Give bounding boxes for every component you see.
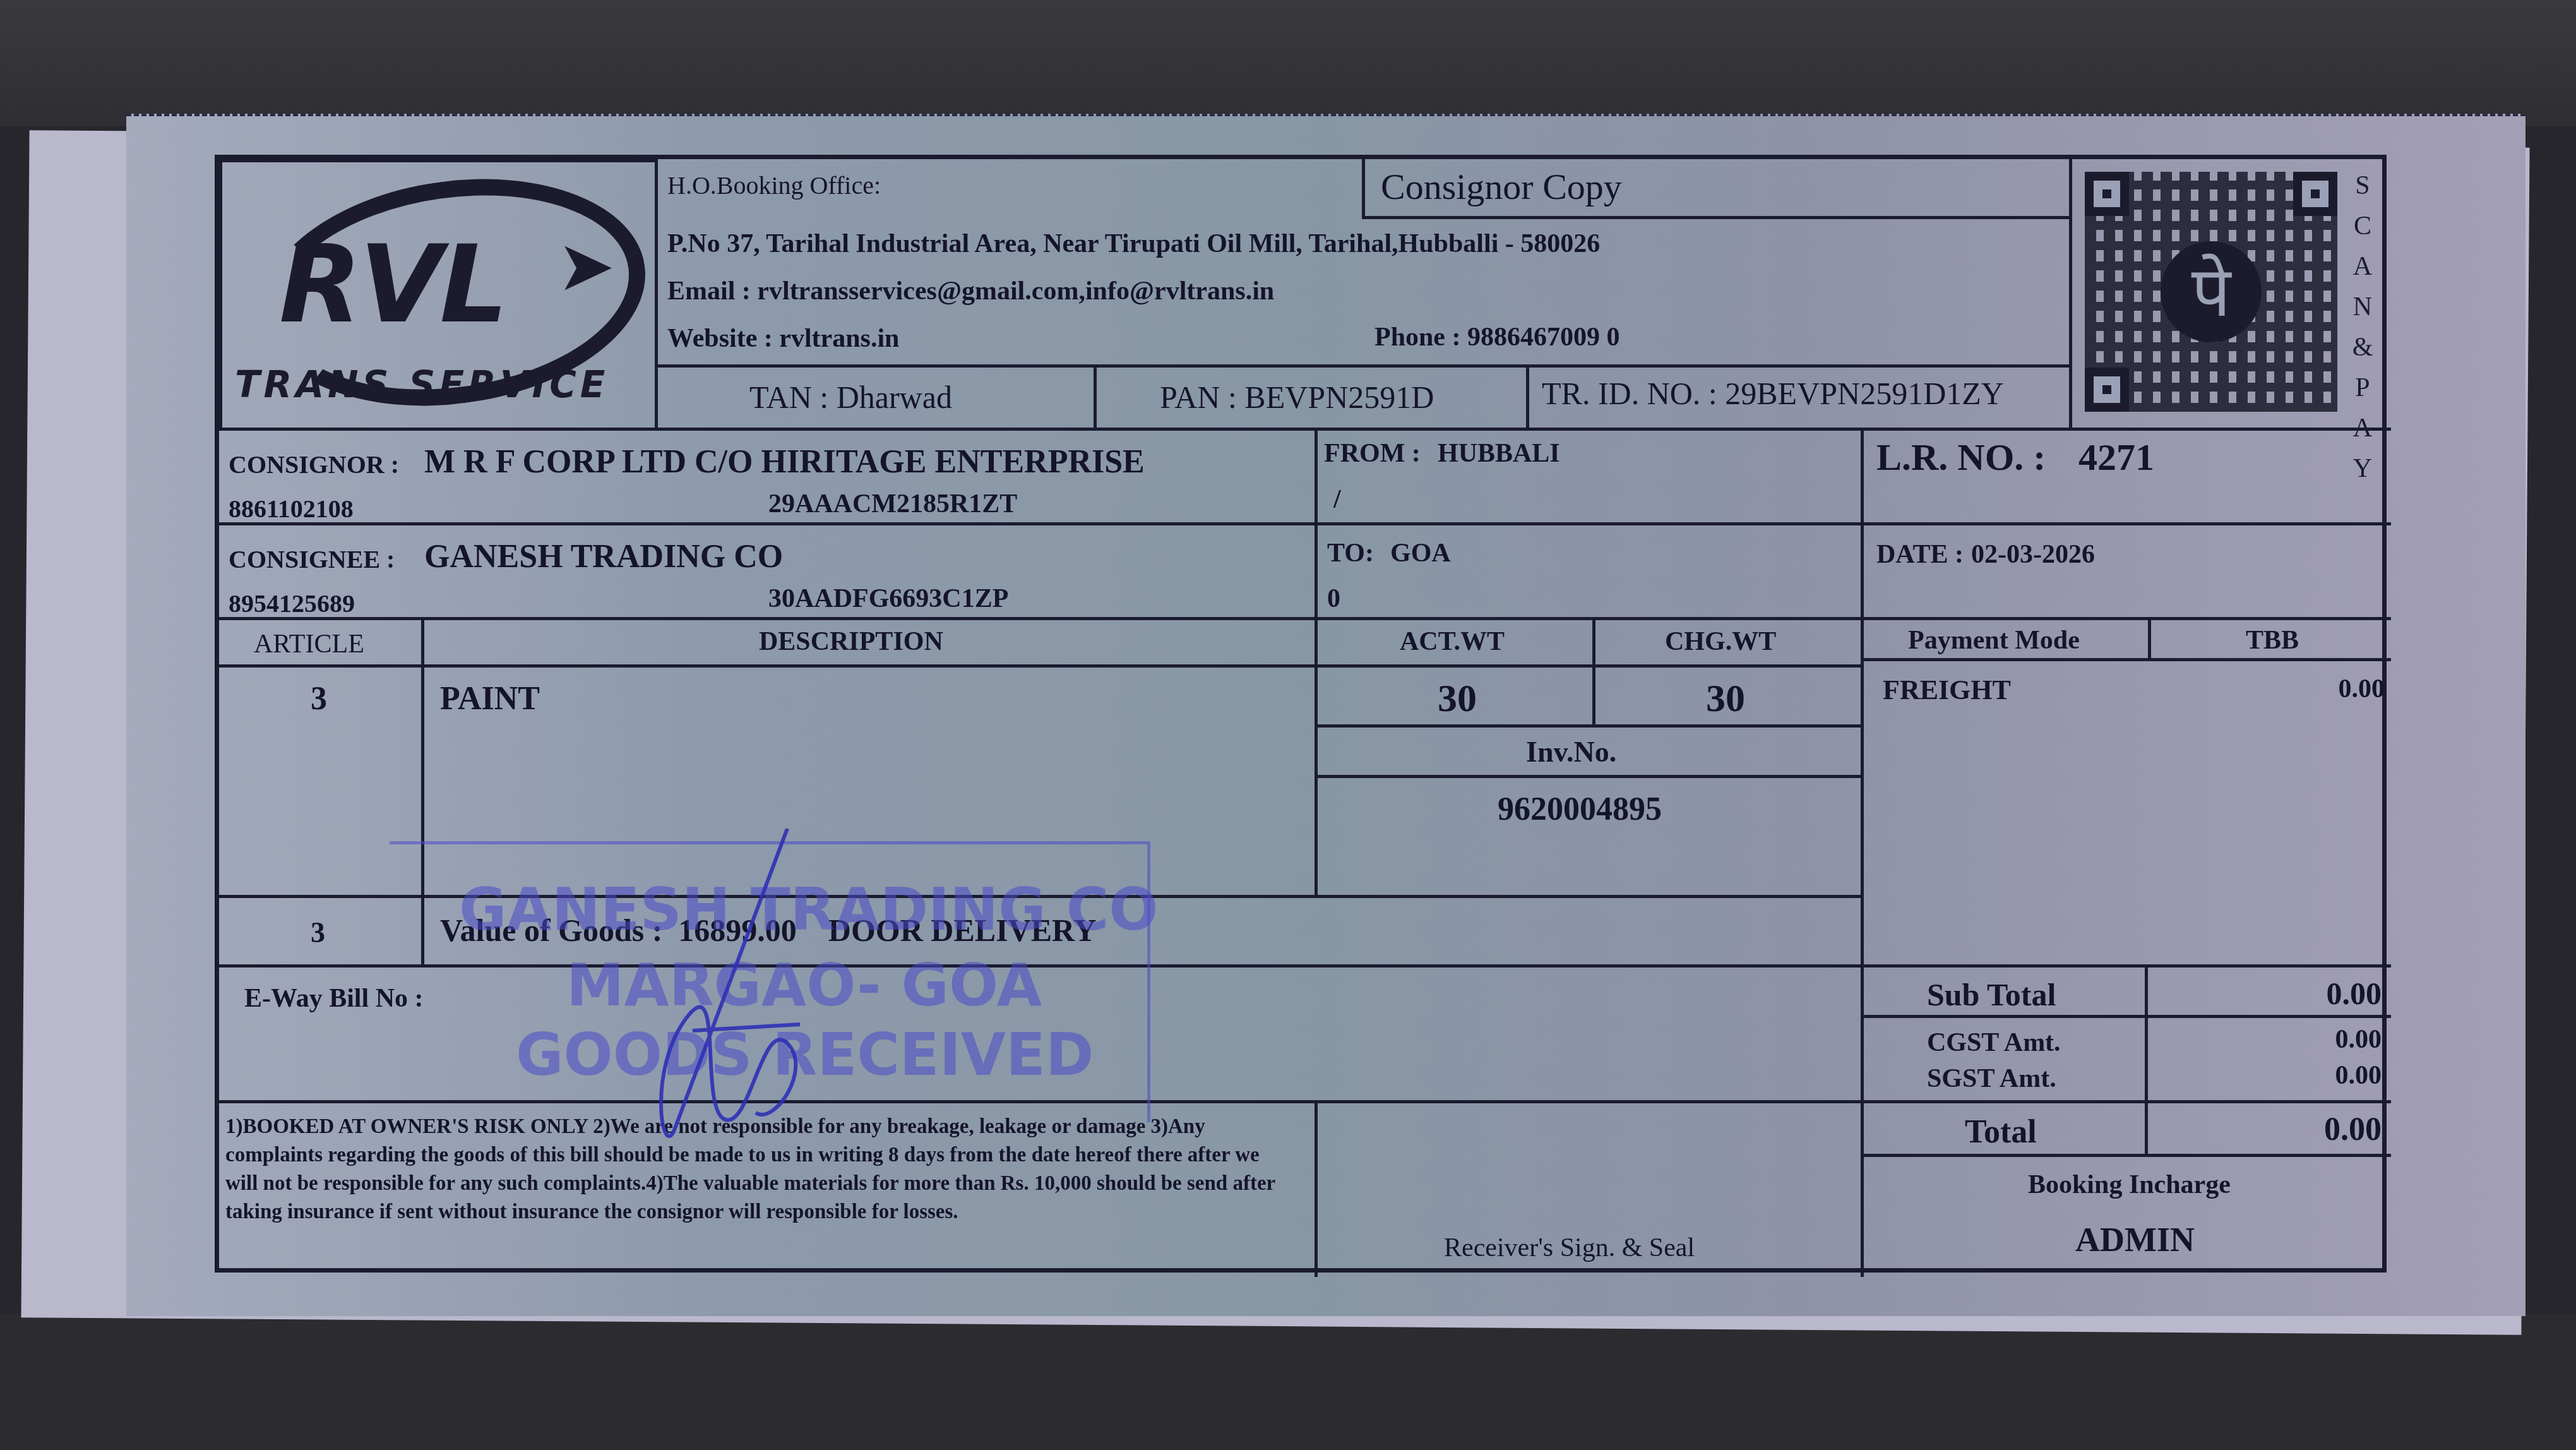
office-website: Website : rvltrans.in — [667, 323, 899, 354]
total-label-cell: Total — [1861, 1100, 2148, 1157]
to-city: GOA — [1390, 538, 1451, 568]
from-sub: / — [1333, 484, 1341, 515]
from-city: HUBBALI — [1438, 438, 1560, 469]
consignor-label: CONSIGNOR : — [229, 450, 399, 479]
copy-type: Consignor Copy — [1381, 165, 1622, 208]
consignee-phone: 8954125689 — [229, 589, 355, 618]
booking-incharge-name: ADMIN — [2075, 1220, 2195, 1259]
pan-cell: PAN : BEVPN2591D — [1094, 364, 1529, 431]
freight-value: 0.00 — [2339, 674, 2385, 704]
from-label: FROM : — [1324, 438, 1421, 469]
office-email: Email : rvltransservices@gmail.com,info@… — [667, 276, 1274, 306]
consignor-phone: 8861102108 — [229, 494, 354, 524]
freight-cell: FREIGHT 0.00 — [1861, 658, 2391, 968]
tax-value-cell: 0.00 0.00 — [2145, 1015, 2391, 1103]
office-label: H.O.Booking Office: — [667, 171, 881, 200]
from-cell: FROM : HUBBALI / — [1315, 428, 1864, 525]
sub-total-value-cell: 0.00 — [2145, 964, 2391, 1018]
copy-type-box: Consignor Copy — [1362, 159, 2072, 219]
logo-arrow-icon: ➤ — [557, 225, 615, 306]
header-payment-mode: Payment Mode — [1861, 617, 2151, 661]
logo-rvl: RVL — [279, 222, 506, 347]
date-label: DATE : — [1876, 539, 1964, 570]
sub-total-value: 0.00 — [2327, 975, 2382, 1012]
cgst-value: 0.00 — [2335, 1024, 2382, 1055]
tr-id-cell: TR. ID. NO. : 29BEVPN2591D1ZY — [1526, 364, 2072, 431]
to-sub: 0 — [1327, 584, 1340, 614]
sub-total-label-cell: Sub Total — [1861, 964, 2148, 1018]
receiver-sign-cell: Receiver's Sign. & Seal — [1315, 1100, 1864, 1277]
consignee-name: GANESH TRADING CO — [424, 538, 783, 575]
lr-number-cell: L.R. NO. : 4271 — [1861, 428, 2391, 525]
row-chg-wt: 30 — [1592, 664, 1864, 728]
receiver-sign-label: Receiver's Sign. & Seal — [1444, 1233, 1695, 1263]
tr-id: TR. ID. NO. : 29BEVPN2591D1ZY — [1542, 375, 2004, 412]
tax-label-cell: CGST Amt. SGST Amt. — [1861, 1015, 2148, 1103]
header-article: ARTICLE — [219, 617, 424, 668]
pan: PAN : BEVPN2591D — [1160, 379, 1434, 416]
consignee-gstin: 30AADFG6693C1ZP — [768, 584, 1008, 614]
invoice-number: 9620004895 — [1498, 791, 1662, 828]
qr-finder-icon — [2293, 172, 2337, 216]
lorry-receipt: RVL ➤ TRANS SERVICE H.O.Booking Office: … — [215, 155, 2387, 1273]
date-cell: DATE : 02-03-2026 — [1861, 522, 2391, 620]
total-value-cell: 0.00 — [2145, 1100, 2391, 1157]
header-payment-value: TBB — [2148, 617, 2391, 661]
qr-finder-icon — [2085, 172, 2129, 216]
lr-number: 4271 — [2078, 436, 2154, 479]
row-act-wt: 30 — [1315, 664, 1595, 728]
consignee-label: CONSIGNEE : — [229, 544, 395, 574]
background-bottom — [0, 1314, 2576, 1450]
lr-label: L.R. NO. : — [1876, 436, 2046, 479]
office-phone: Phone : 9886467009 0 — [1374, 322, 1620, 352]
consignee-cell: CONSIGNEE : GANESH TRADING CO 8954125689… — [219, 522, 1318, 620]
freight-label: FREIGHT — [1883, 674, 2011, 706]
total-value: 0.00 — [2324, 1111, 2382, 1148]
inv-label-cell: Inv.No. — [1315, 724, 1864, 778]
tan-cell: TAN : Dharwad — [655, 364, 1097, 431]
consignor-name: M R F CORP LTD C/O HIRITAGE ENTERPRISE — [424, 443, 1145, 481]
booking-incharge-label: Booking Incharge — [2028, 1170, 2231, 1200]
consignor-cell: CONSIGNOR : M R F CORP LTD C/O HIRITAGE … — [219, 428, 1318, 525]
header-act-wt: ACT.WT — [1315, 617, 1595, 668]
header-chg-wt: CHG.WT — [1592, 617, 1864, 668]
logo-block: RVL ➤ TRANS SERVICE — [219, 159, 658, 431]
header-description: DESCRIPTION — [421, 617, 1318, 668]
booking-incharge-cell: Booking Incharge ADMIN — [1861, 1154, 2391, 1277]
to-label: TO: — [1327, 538, 1374, 568]
qr-finder-icon — [2085, 368, 2129, 412]
sgst-value: 0.00 — [2335, 1060, 2382, 1091]
to-cell: TO: GOA 0 — [1315, 522, 1864, 620]
logo-tagline: TRANS SERVICE — [235, 363, 609, 406]
background-top — [0, 0, 2576, 126]
consignor-gstin: 29AAACM2185R1ZT — [768, 489, 1017, 519]
inv-number-cell: 9620004895 — [1315, 775, 1864, 898]
office-address: P.No 37, Tarihal Industrial Area, Near T… — [667, 229, 1600, 259]
date-value: 02-03-2026 — [1971, 539, 2095, 570]
tan: TAN : Dharwad — [749, 379, 952, 416]
qr-block: पे S C A N & P A Y — [2069, 159, 2391, 431]
handwritten-signature — [598, 829, 914, 1157]
phonepe-logo-icon: पे — [2161, 241, 2262, 342]
